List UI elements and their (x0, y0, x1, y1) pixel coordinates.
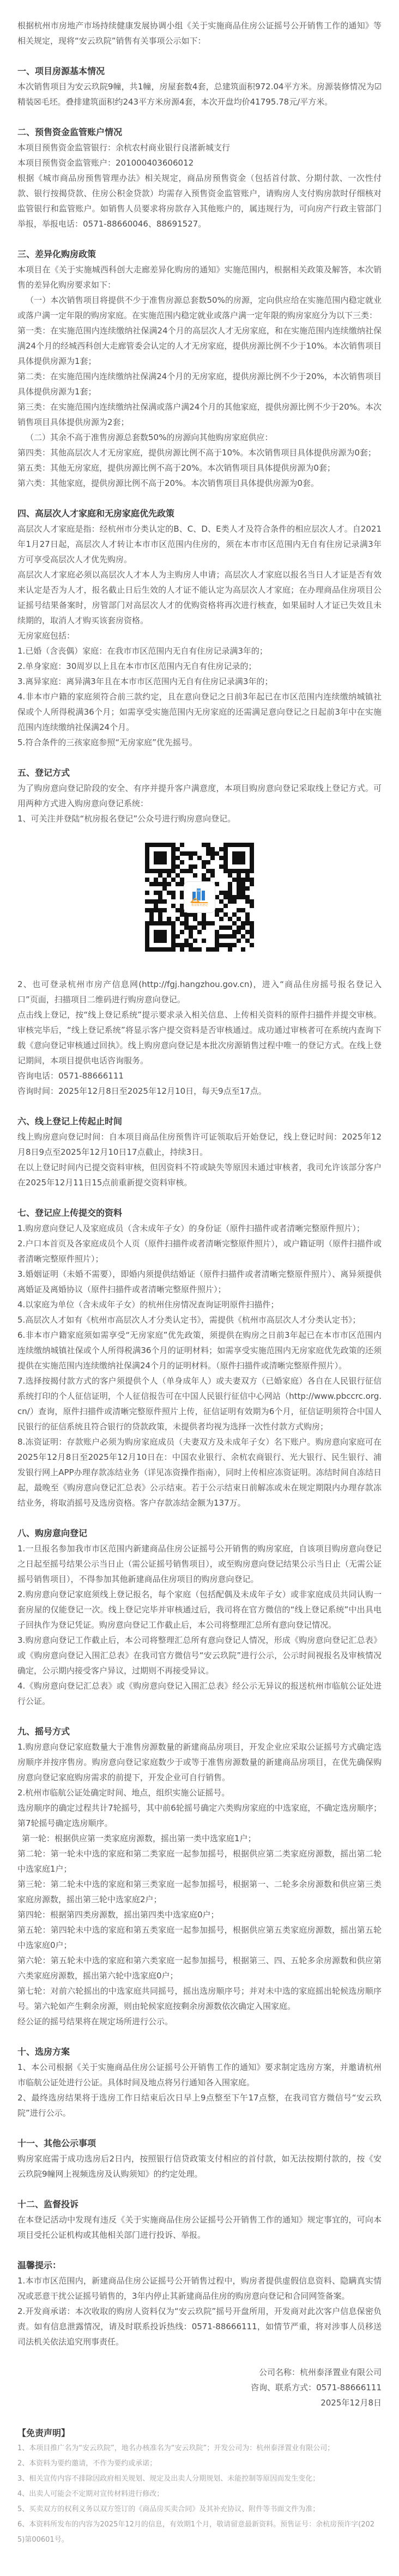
category-6-line: 第六类：其他家庭，提供房源比例不高于20%。本次销售项目具体提供房源为0套。 (17, 476, 382, 491)
section-5-title: 五、登记方式 (17, 765, 382, 781)
publish-date-line: 2025年12月8日 (17, 2395, 382, 2410)
section-10-title: 十、选房方案 (17, 2044, 382, 2060)
material-item-4: 4.以家庭为单位（含未成年子女）的杭州住房情况查询证明原件扫描件； (17, 1297, 382, 1312)
section-6-title: 六、线上登记上传起止时间 (17, 1114, 382, 1129)
registration-rule-2: 2.购房意向登记家庭须线上登记报名，每个家庭（包括配偶及未成年子女）或非家庭成员… (17, 1587, 382, 1633)
tips-item-1: 1.本市市区范围内，新建商品住房公证摇号公开销售过程中，购房者提供虚假信息资料、… (17, 2273, 382, 2304)
category-2-line: 第二类：在实施范围内连续缴纳社保满24个月的无房家庭，提供房源比例不少于20%，… (17, 369, 382, 399)
lottery-round-2: 第二轮：第一轮未中选的家庭和第二类家庭一起参加摇号，根据供应第二类家庭房源数，摇… (17, 1846, 382, 1877)
tips-title: 温馨提示： (17, 2258, 382, 2273)
registration-rule-3: 3.购房意向登记工作截止后，本公司将整理汇总所有意向登记人情况，形成《购房意向登… (17, 1633, 382, 1678)
category-1-line: 第一类：在实施范围内连续缴纳社保满24个月的高层次人才无房家庭，和在实施范围内连… (17, 323, 382, 369)
material-item-8: 8.冻资证明：存款账户必须为购房家庭成员（夫妻双方及未成年子女）名下账户。购房意… (17, 1434, 382, 1511)
intro-paragraph: 根据杭州市房地产市场持续健康发展协调小组《关于实施商品住房公证摇号公开销售工作的… (17, 18, 382, 48)
registration-way-1: 1、可关注并登陆“杭房报名登记”公众号进行购房意向登记。 (17, 811, 382, 826)
disclaimer-item-6: 6、本资料所发布的内容为2025年12月的信息，有效期1个月，敬请留意最新资料。… (17, 2517, 382, 2548)
no-house-item-3: 3.离异家庭：离异满3年且在本市市区范围内无自有住房记录满3年的； (17, 674, 382, 689)
no-house-item-2: 2.单身家庭：30周岁以上且在本市市区范围内无自有住房记录的； (17, 659, 382, 674)
lottery-round-1: 第一轮：根据供应第一类家庭房源数，摇出第一类中选家庭1户； (17, 1831, 382, 1846)
section-2-paragraph: 根据《城市商品房预售管理办法》相关规定，商品房预售资金（包括首付款、分期付款、一… (17, 170, 382, 232)
lottery-rule-1: 1.购房意向登记家庭数量大于准售房源数量的新建商品房项目，开发企业应采取公证摇号… (17, 1739, 382, 1785)
section-1-paragraph: 本次销售项目为安云玖院9幢，共1幢，房屋套数4套，总建筑面积972.04平方米。… (17, 79, 382, 109)
disclaimer-item-2: 2、本资料为要约邀请，不作为要约或承诺； (17, 2456, 382, 2471)
qr-logo: 杭房报名登记 (184, 881, 215, 913)
section-1-title: 一、项目房源基本情况 (17, 64, 382, 79)
section-12-paragraph: 在本登记活动中发现有违反《关于实施商品住房公证摇号公开销售工作的通知》规定事宜的… (17, 2212, 382, 2243)
supervision-account-line: 本项目预售资金监管账户：201000403606012 (17, 155, 382, 170)
section-5-paragraph-2: 点击线上登记，按“线上登记系统”提示要求录入相关信息、上传相关资料的原件扫描件并… (17, 1007, 382, 1068)
section-3-clause-1: （一）本次销售项目将提供不少于准售房源总套数50%的房源，定向供应给在实施范围内… (17, 293, 382, 323)
section-7-title: 七、登记应上传提交的资料 (17, 1205, 382, 1221)
lottery-rule-2: 2.杭州市临航公证处确定时间、地点，组织实施公证摇号。 (17, 1785, 382, 1800)
category-4-line: 第四类：其他高层次人才无房家庭，提供房源比例不高于10%。本次销售项目具体提供房… (17, 445, 382, 460)
lottery-round-3: 第三轮：第二轮未中选的家庭和第三类家庭一起参加摇号，根据第一、二轮多余房源数和供… (17, 1877, 382, 1907)
disclaimer-block: 【免责声明】 1、本项目推广名为“安云玖院”，地名办核准名为“安云玖院”；开发公… (17, 2426, 382, 2548)
no-house-item-5: 5.符合条件的三孩家庭参照“无房家庭”优先摇号。 (17, 735, 382, 750)
section-5-paragraph-1: 为了购房意向登记阶段的安全、有序并提升客户满意度，本项目购房意向登记采取线上登记… (17, 781, 382, 811)
company-name-line: 公司名称：杭州泰泽置业有限公司 (17, 2365, 382, 2380)
lottery-rounds-intro: 选房顺序的确定过程共计7轮摇号，其中前6轮摇号确定六类购房家庭的中选家庭，不确定… (17, 1800, 382, 1831)
section-8-title: 八、购房意向登记 (17, 1526, 382, 1541)
qr-logo-buildings-icon (190, 887, 209, 904)
selection-plan-1: 1、本公司根据《关于实施商品住房公证摇号公开销售工作的通知》要求制定选房方案，并… (17, 2060, 382, 2090)
lottery-round-7: 第七轮：对前六轮摇出的中选家庭共同摇号，摇出选房顺序号；并对未中选的家庭摇出轮候… (17, 1983, 382, 2014)
qr-logo-label: 杭房报名登记 (191, 904, 208, 907)
material-item-5: 5.高层次人才如有《杭州市高层次人才分类认定书》，需提供《杭州市高层次人才分类认… (17, 1312, 382, 1327)
section-11-paragraph: 购房家庭需于成功选房后2日内，按照银行信贷政策支付相应的首付款，如无法按期付款的… (17, 2151, 382, 2182)
qr-code-block: 杭房报名登记 (141, 838, 258, 956)
selection-plan-2: 2、最终选房结果将于选房工作日结束后次日早上9点整至下午17点整，在我司官方微信… (17, 2090, 382, 2121)
no-house-item-4: 4.非本市户籍的家庭须符合前三款约定，且在意向登记之日前3年起已在市区范围内连续… (17, 689, 382, 735)
section-2-title: 二、预售资金监管账户情况 (17, 125, 382, 140)
disclaimer-title: 【免责声明】 (17, 2426, 382, 2441)
category-3-line: 第三类：在实施范围内连续缴纳社保满或落户满24个月的其他家庭，提供房源比例不少于… (17, 399, 382, 430)
no-house-family-intro: 无房家庭包括： (17, 628, 382, 643)
consult-time-line: 咨询时间：2025年12月8日至2025年12月10日，每天9点至17点。 (17, 1083, 382, 1099)
section-3-paragraph: 本项目在《关于实施城西科创大走廊差异化购房的通知》实施范围内，根据相关政策及解答… (17, 262, 382, 293)
lottery-round-4: 第四轮：根据第四类房源数，摇出第四类中选家庭0户； (17, 1907, 382, 1922)
section-6-paragraph-1: 线上购房意向登记时间：自本项目商品住房预售许可证领取后开始登记，线上登记时间：2… (17, 1129, 382, 1160)
disclaimer-item-1: 1、本项目推广名为“安云玖院”，地名办核准名为“安云玖院”；开发公司为：杭州泰泽… (17, 2441, 382, 2456)
registration-rule-1: 1.一旦报名参加我市市区范围内新建商品住房公证摇号公开销售的购房家庭，自该项目购… (17, 1541, 382, 1587)
material-item-1: 1.购房意向登记人及家庭成员（含未成年子女）的身份证（原件扫描件或者清晰完整原件… (17, 1221, 382, 1236)
section-3-title: 三、差异化购房政策 (17, 247, 382, 262)
lottery-round-6: 第六轮：第五轮未中选的家庭和第六类家庭一起参加摇号，根据第三、四、五轮多余房源数… (17, 1953, 382, 1983)
no-house-item-1: 1.已婚（含丧偶）家庭：在我市市区范围内无自有住房记录满3年的； (17, 643, 382, 659)
lottery-result-line: 经公证的摇号结果将在规定场所进行公示。 (17, 2014, 382, 2029)
registration-way-2: 2、也可登录杭州市房产信息网(http://fgj.hangzhou.gov.c… (17, 977, 382, 1007)
company-contact-line: 咨询、联系方式：0571-88666111 (17, 2380, 382, 2395)
tips-item-2: 2.开发商承诺：本次收取的购房人资料仅为“安云玖院”摇号开盘所用，开发商对此次客… (17, 2304, 382, 2349)
section-3-clause-2: （二）其余不高于准售房源总套数50%的房源向其他购房家庭供应： (17, 430, 382, 445)
section-4-title: 四、高层次人才家庭和无房家庭优先政策 (17, 506, 382, 521)
section-4-paragraph-2: 高层次人才家庭必须以高层次人才本人为主购房人申请；高层次人才家庭以报名当日人才证… (17, 567, 382, 628)
section-12-title: 十二、监督投诉 (17, 2197, 382, 2212)
category-5-line: 第五类：其他无房家庭，提供房源比例不高于20%。本次销售项目具体提供房源为0套； (17, 460, 382, 476)
disclaimer-item-5: 5、买卖双方的权利义务以双方签订的《商品房买卖合同》及其补充协议、附件等书面文件… (17, 2502, 382, 2517)
section-4-paragraph-1: 高层次人才家庭是指：经杭州市分类认定的B、C、D、E类人才及符合条件的相应层次人… (17, 521, 382, 567)
lottery-round-5: 第五轮：第四轮未中选的家庭和第五类家庭一起参加摇号，根据供应第五类家庭房源数，摇… (17, 1922, 382, 1953)
disclaimer-item-4: 4、出卖人可能会不定期对宣传材料进行修改； (17, 2487, 382, 2502)
supervision-bank-line: 本项目预售资金监管银行：余杭农村商业银行良渚新城支行 (17, 140, 382, 155)
material-item-7: 7.选择按揭付款方式的客户须提供个人（单身成年人）或夫妻双方（已婚家庭）各自在人… (17, 1373, 382, 1434)
announcement-document: 根据杭州市房地产市场持续健康发展协调小组《关于实施商品住房公证摇号公开销售工作的… (0, 0, 399, 2562)
material-item-2: 2.户口本首页及各家庭成员个人页（原件扫描件或者清晰完整原件照片），或户籍证明（… (17, 1236, 382, 1266)
disclaimer-item-3: 3、相关宣传内容不排除因政府相关规划、规定及出卖人分期规划、未能控制等原因而发生… (17, 2471, 382, 2487)
registration-rule-4: 4.《购房意向登记汇总表》或《购房意向登记入围汇总表》经公示无异议的报送杭州市临… (17, 1678, 382, 1709)
material-item-3: 3.婚姻证明（未婚不需要），即婚内须提供结婚证（原件扫描件或者清晰完整原件照片）… (17, 1266, 382, 1297)
signature-block: 公司名称：杭州泰泽置业有限公司 咨询、联系方式：0571-88666111 20… (17, 2365, 382, 2410)
section-9-title: 九、摇号方式 (17, 1724, 382, 1739)
section-6-paragraph-2: 在以上登记时间内已提交资料审核，但因资料不符或缺失等原因未通过审核者，我司允许该… (17, 1160, 382, 1190)
consult-phone-line: 咨询电话：0571-88666111 (17, 1068, 382, 1083)
material-item-6: 6.非本市户籍家庭须如需享受“无房家庭”优先政策，须提供在购房之日前3年起已在本… (17, 1327, 382, 1373)
section-11-title: 十一、其他公示事项 (17, 2136, 382, 2151)
